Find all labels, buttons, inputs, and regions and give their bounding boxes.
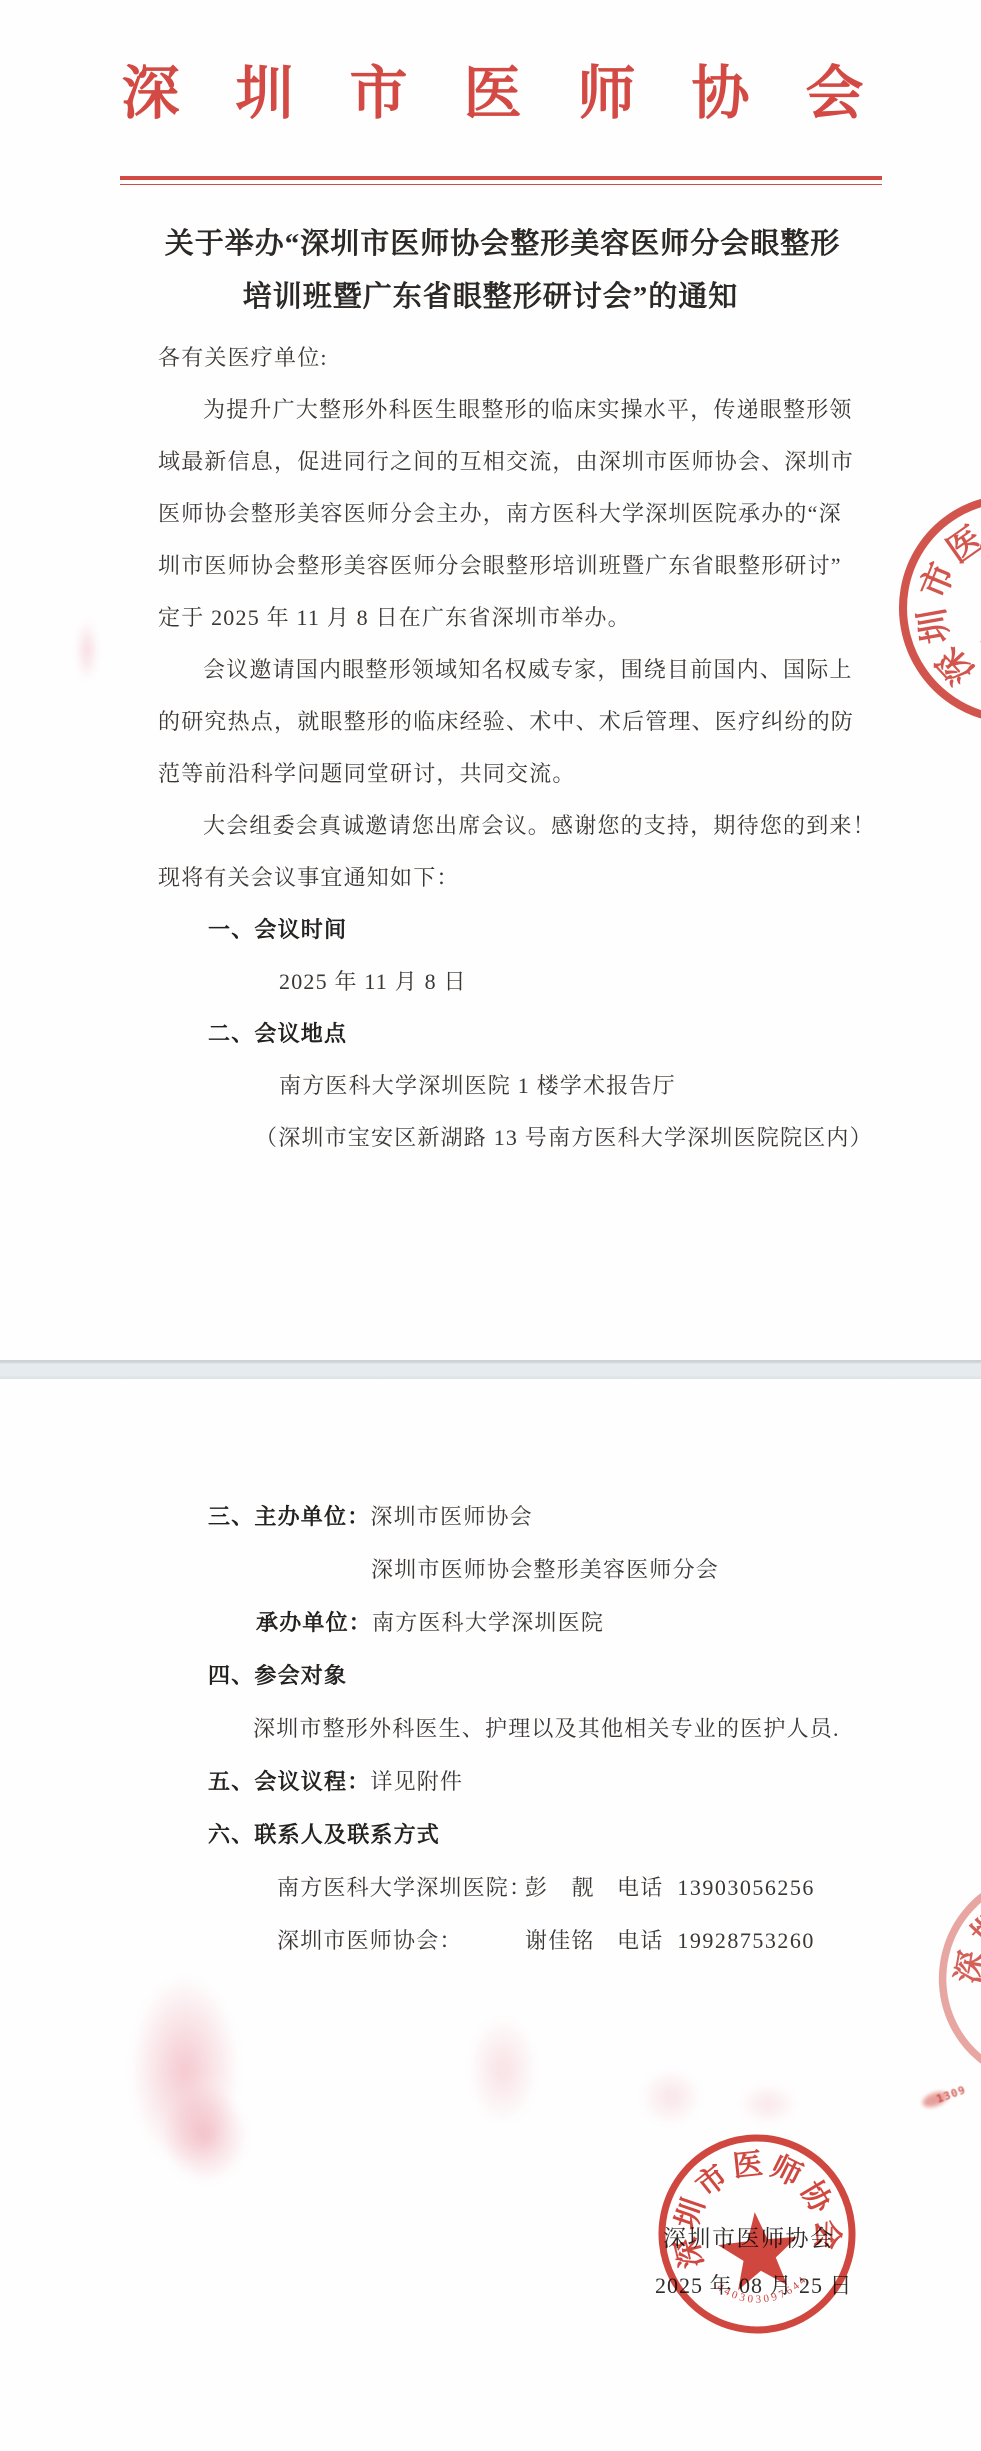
host-value-2: 深圳市医师协会整形美容医师分会 <box>158 1543 858 1596</box>
notice-title-line1: 关于举办“深圳市医师协会整形美容医师分会眼整形 <box>12 221 981 262</box>
page1-body: 各有关医疗单位: 为提升广大整形外科医生眼整形的临床实操水平，传递眼整形领 域最… <box>158 332 858 1164</box>
document-scan: 深圳市医师协会 关于举办“深圳市医师协会整形美容医师分会眼整形 培训班暨广东省眼… <box>0 0 981 2451</box>
section-2-note: （深圳市宝安区新湖路 13 号南方医科大学深圳医院院区内） <box>158 1112 858 1164</box>
section-heading-2: 二、会议地点 <box>158 1008 858 1060</box>
agenda-label: 五、会议议程： <box>208 1769 370 1794</box>
body-line: 会议邀请国内眼整形领域知名权威专家，围绕目前国内、国际上 <box>158 644 858 696</box>
body-line: 的研究热点，就眼整形的临床经验、术中、术后管理、医疗纠纷的防 <box>158 696 858 748</box>
section-4-value: 深圳市整形外科医生、护理以及其他相关专业的医护人员. <box>158 1702 858 1755</box>
host-label: 三、主办单位： <box>208 1504 370 1529</box>
organizer-line: 承办单位：南方医科大学深圳医院 <box>158 1596 858 1649</box>
page2-body: 三、主办单位：深圳市医师协会 深圳市医师协会整形美容医师分会 承办单位：南方医科… <box>158 1490 858 1967</box>
contact-phone: 19928753260 <box>677 1928 815 1953</box>
contact-org: 南方医科大学深圳医院： <box>277 1861 525 1914</box>
contact-org: 深圳市医师协会： <box>277 1914 525 1967</box>
phone-label: 电话 <box>617 1928 663 1953</box>
body-line: 圳市医师协会整形美容医师分会眼整形培训班暨广东省眼整形研讨” <box>158 540 858 592</box>
phone-label: 电话 <box>617 1875 663 1900</box>
seal-fragment-right-2: 深圳市医师协会 <box>905 1838 981 2118</box>
page-separator <box>0 1360 981 1379</box>
organizer-value: 南方医科大学深圳医院 <box>372 1610 604 1635</box>
contact-phone: 13903056256 <box>677 1875 815 1900</box>
body-line: 范等前沿科学问题同堂研讨，共同交流。 <box>158 748 858 800</box>
contact-name: 谢佳铭 <box>525 1914 597 1967</box>
ink-smudge <box>468 2015 538 2125</box>
notice-title-line2: 培训班暨广东省眼整形研讨会”的通知 <box>0 274 981 315</box>
body-line: 为提升广大整形外科医生眼整形的临床实操水平，传递眼整形领 <box>158 384 858 436</box>
section-heading-1: 一、会议时间 <box>158 904 858 956</box>
seal-fragment-right-1: 深圳市医师协会 440303097644 <box>863 459 981 759</box>
agenda-value: 详见附件 <box>370 1769 463 1794</box>
section-heading-4: 四、参会对象 <box>158 1649 858 1702</box>
svg-text:深圳市医师协会: 深圳市医师协会 <box>874 470 981 694</box>
section-heading-6: 六、联系人及联系方式 <box>158 1808 858 1861</box>
seal-serial: 440303097644 <box>714 2272 813 2311</box>
ink-smudge <box>163 2088 248 2183</box>
body-line: 医师协会整形美容医师分会主办，南方医科大学深圳医院承办的“深 <box>158 488 858 540</box>
salutation: 各有关医疗单位: <box>158 332 858 384</box>
body-line: 定于 2025 年 11 月 8 日在广东省深圳市举办。 <box>158 592 858 644</box>
contact-name: 彭 靓 <box>525 1861 597 1914</box>
body-line: 域最新信息，促进同行之间的互相交流，由深圳市医师协会、深圳市 <box>158 436 858 488</box>
official-seal: 深圳市医师协会 440303097644 <box>627 2104 887 2364</box>
seal-star <box>715 2208 802 2292</box>
organizer-label: 承办单位： <box>256 1610 372 1635</box>
section-1-value: 2025 年 11 月 8 日 <box>158 956 858 1008</box>
letterhead-title: 深圳市医师协会 <box>30 46 981 130</box>
contact-row: 深圳市医师协会：谢佳铭电话19928753260 <box>158 1914 858 1967</box>
contact-row: 南方医科大学深圳医院：彭 靓电话13903056256 <box>158 1861 858 1914</box>
section-heading-5: 五、会议议程：详见附件 <box>158 1755 858 1808</box>
section-heading-3: 三、主办单位：深圳市医师协会 <box>158 1490 858 1543</box>
ink-smudge <box>76 618 98 682</box>
body-line: 大会组委会真诚邀请您出席会议。感谢您的支持，期待您的到来！ <box>158 800 858 852</box>
letterhead-rule <box>120 176 882 185</box>
section-2-value: 南方医科大学深圳医院 1 楼学术报告厅 <box>158 1060 858 1112</box>
seal-ring-text: 深圳市医师协会 <box>874 470 981 694</box>
body-line: 现将有关会议事宜通知如下： <box>158 852 858 904</box>
svg-text:440303097644: 440303097644 <box>714 2272 813 2311</box>
host-value: 深圳市医师协会 <box>370 1504 532 1529</box>
